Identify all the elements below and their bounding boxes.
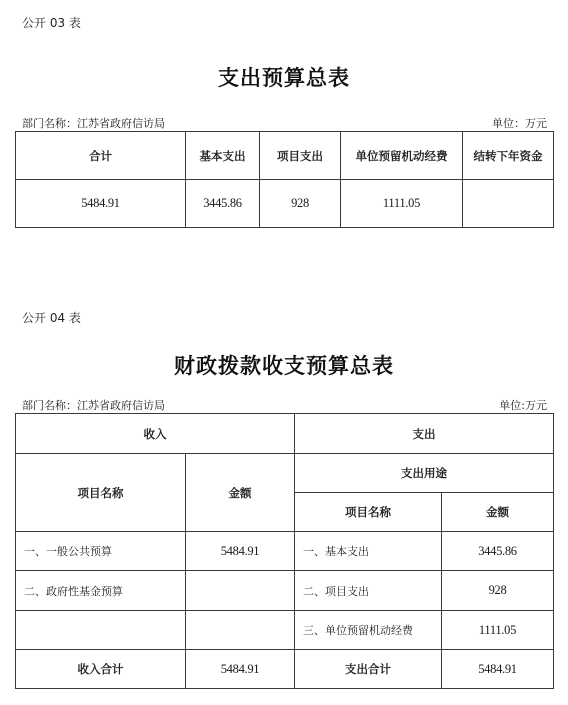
table-row: 三、单位预留机动经费 1111.05 bbox=[16, 611, 554, 650]
income-item-name: 一、一般公共预算 bbox=[16, 532, 186, 571]
table04-department: 部门名称：江苏省政府信访局 bbox=[22, 397, 165, 413]
expense-total-amount: 5484.91 bbox=[442, 650, 554, 689]
income-item-amount bbox=[186, 571, 295, 611]
income-amount-header: 金额 bbox=[186, 454, 295, 532]
expense-item-amount: 3445.86 bbox=[442, 532, 554, 571]
value-basic-expense: 3445.86 bbox=[186, 180, 260, 228]
table-row: 一、一般公共预算 5484.91 一、基本支出 3445.86 bbox=[16, 532, 554, 571]
income-total-amount: 5484.91 bbox=[186, 650, 295, 689]
income-section-header: 收入 bbox=[16, 414, 295, 454]
expense-name-header: 项目名称 bbox=[295, 493, 442, 532]
table03-title: 支出预算总表 bbox=[0, 62, 568, 92]
income-item-name bbox=[16, 611, 186, 650]
sub-header-row: 项目名称 金额 支出用途 bbox=[16, 454, 554, 493]
fiscal-allocation-summary-table: 收入 支出 项目名称 金额 支出用途 项目名称 金额 一、一般公共预算 5484… bbox=[15, 413, 554, 689]
value-carryover-fund bbox=[463, 180, 554, 228]
expense-item-amount: 928 bbox=[442, 571, 554, 611]
expense-total-label: 支出合计 bbox=[295, 650, 442, 689]
expense-purpose-header: 支出用途 bbox=[295, 454, 554, 493]
header-project-expense: 项目支出 bbox=[260, 132, 341, 180]
expense-item-amount: 1111.05 bbox=[442, 611, 554, 650]
income-item-name: 二、政府性基金预算 bbox=[16, 571, 186, 611]
table-row: 二、政府性基金预算 二、项目支出 928 bbox=[16, 571, 554, 611]
table04-unit: 单位:万元 bbox=[499, 397, 547, 413]
value-project-expense: 928 bbox=[260, 180, 341, 228]
table03-unit: 单位：万元 bbox=[492, 115, 547, 131]
income-name-header: 项目名称 bbox=[16, 454, 186, 532]
value-total: 5484.91 bbox=[16, 180, 186, 228]
header-carryover-fund: 结转下年资金 bbox=[463, 132, 554, 180]
table03-department: 部门名称：江苏省政府信访局 bbox=[22, 115, 165, 131]
expense-amount-header: 金额 bbox=[442, 493, 554, 532]
header-basic-expense: 基本支出 bbox=[186, 132, 260, 180]
section-header-row: 收入 支出 bbox=[16, 414, 554, 454]
table04-title: 财政拨款收支预算总表 bbox=[0, 350, 568, 380]
expense-item-name: 三、单位预留机动经费 bbox=[295, 611, 442, 650]
income-total-label: 收入合计 bbox=[16, 650, 186, 689]
header-total: 合计 bbox=[16, 132, 186, 180]
totals-row: 收入合计 5484.91 支出合计 5484.91 bbox=[16, 650, 554, 689]
table04-code: 公开 04 表 bbox=[22, 309, 81, 326]
header-reserved-fund: 单位预留机动经费 bbox=[341, 132, 463, 180]
table-header-row: 合计 基本支出 项目支出 单位预留机动经费 结转下年资金 bbox=[16, 132, 554, 180]
table-row: 5484.91 3445.86 928 1111.05 bbox=[16, 180, 554, 228]
income-item-amount: 5484.91 bbox=[186, 532, 295, 571]
expense-item-name: 二、项目支出 bbox=[295, 571, 442, 611]
table03-code: 公开 03 表 bbox=[22, 14, 81, 31]
expense-section-header: 支出 bbox=[295, 414, 554, 454]
value-reserved-fund: 1111.05 bbox=[341, 180, 463, 228]
income-item-amount bbox=[186, 611, 295, 650]
expense-budget-summary-table: 合计 基本支出 项目支出 单位预留机动经费 结转下年资金 5484.91 344… bbox=[15, 131, 554, 228]
expense-item-name: 一、基本支出 bbox=[295, 532, 442, 571]
